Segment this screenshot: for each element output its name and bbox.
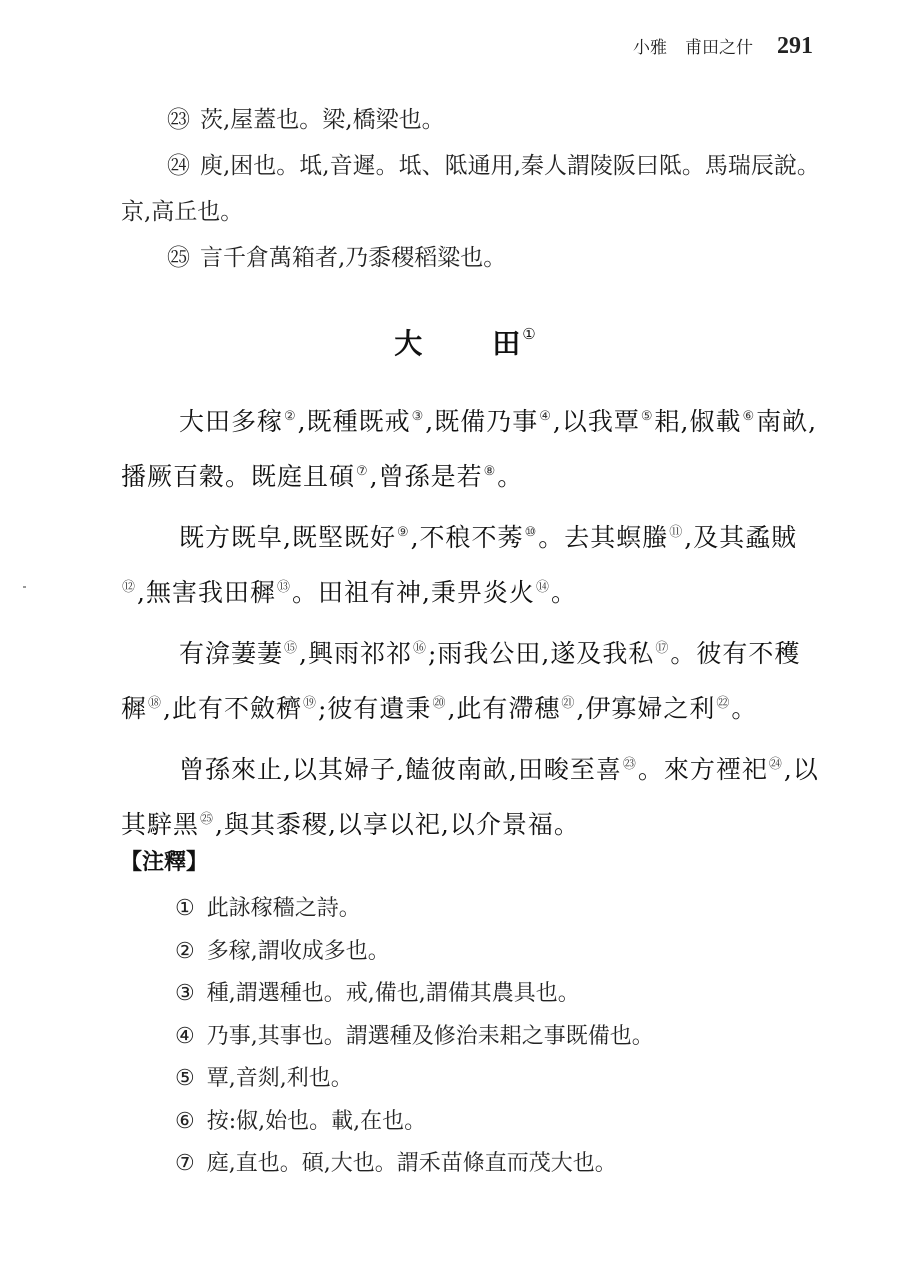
poem-title-char-1: 大 bbox=[394, 327, 422, 360]
scan-speck bbox=[23, 586, 26, 588]
running-header: 小雅 甫田之什 291 bbox=[633, 33, 813, 60]
verse-text: 大田多稼 bbox=[179, 407, 283, 436]
poem-body: 大田多稼②,既種既戒③,既備乃事④,以我覃⑤耜,俶載⑥南畝,播厥百穀。既庭且碩⑦… bbox=[121, 392, 821, 856]
annotations-list: ①此詠稼穡之詩。 ②多稼,謂收成多也。 ③種,謂選種也。戒,備也,謂備其農具也。… bbox=[175, 888, 835, 1186]
annotation-number: ⑦ bbox=[175, 1151, 195, 1176]
footnote-marker: ⑱ bbox=[148, 696, 162, 711]
annotation-text: 此詠稼穡之詩。 bbox=[207, 896, 361, 921]
annotation-text: 庭,直也。碩,大也。謂禾苗條直而茂大也。 bbox=[207, 1151, 617, 1176]
section-title: 小雅 bbox=[633, 33, 667, 58]
footnote-marker: ⑧ bbox=[484, 464, 497, 479]
footnote-marker: ③ bbox=[412, 409, 425, 424]
footnote-marker: ㉓ bbox=[623, 757, 637, 772]
note-text: 庾,困也。坻,音遲。坻、阺通用,秦人謂陵阪曰阺。馬瑞辰說。京,高丘也。 bbox=[121, 153, 820, 225]
verse-text: 。 bbox=[497, 462, 523, 491]
annotation-item: ⑥按:俶,始也。載,在也。 bbox=[175, 1101, 835, 1144]
footnote-marker: ⑳ bbox=[432, 696, 446, 711]
footnote-marker: ② bbox=[284, 409, 297, 424]
footnote-marker: ㉔ bbox=[769, 757, 783, 772]
footnote-marker: ⑨ bbox=[397, 525, 410, 540]
poem-title: 大田① bbox=[0, 322, 900, 362]
verse-text: 既方既皁,既堅既好 bbox=[179, 523, 396, 552]
footnote-marker: ⑪ bbox=[669, 525, 683, 540]
page-number: 291 bbox=[777, 33, 813, 60]
annotation-text: 多稼,謂收成多也。 bbox=[207, 939, 390, 964]
verse-text: 有渰萋萋 bbox=[179, 639, 283, 668]
footnote-marker: ⑤ bbox=[641, 409, 654, 424]
verse-text: ,曾孫是若 bbox=[370, 462, 483, 491]
verse-text: ,此有不斂穧 bbox=[163, 694, 302, 723]
footnote-marker: ⑯ bbox=[413, 641, 427, 656]
annotation-item: ④乃事,其事也。謂選種及修治耒耜之事既備也。 bbox=[175, 1016, 835, 1059]
footnote-marker: ⑥ bbox=[742, 409, 755, 424]
verse-text: ,無害我田穉 bbox=[137, 578, 276, 607]
book-page: 小雅 甫田之什 291 ㉓茨,屋蓋也。梁,橋梁也。 ㉔庾,困也。坻,音遲。坻、阺… bbox=[0, 0, 900, 1284]
verse-text: ,既備乃事 bbox=[425, 407, 538, 436]
verse-text: ,以我覃 bbox=[553, 407, 640, 436]
footnote-marker: ④ bbox=[539, 409, 552, 424]
continued-notes: ㉓茨,屋蓋也。梁,橋梁也。 ㉔庾,困也。坻,音遲。坻、阺通用,秦人謂陵阪曰阺。馬… bbox=[121, 97, 821, 281]
stanza: 曾孫來止,以其婦子,饁彼南畝,田畯至喜㉓。來方禋祀㉔,以其騂黑㉕,與其黍稷,以享… bbox=[121, 740, 821, 850]
note-text: 茨,屋蓋也。梁,橋梁也。 bbox=[200, 107, 445, 133]
annotation-item: ②多稼,謂收成多也。 bbox=[175, 931, 835, 974]
footnote-marker: ⑭ bbox=[536, 580, 550, 595]
verse-text: 耜,俶載 bbox=[655, 407, 742, 436]
annotation-number: ① bbox=[175, 896, 195, 921]
stanza: 大田多稼②,既種既戒③,既備乃事④,以我覃⑤耜,俶載⑥南畝,播厥百穀。既庭且碩⑦… bbox=[121, 392, 821, 502]
footnote-marker: ㉕ bbox=[200, 812, 214, 827]
annotation-text: 覃,音剡,利也。 bbox=[207, 1066, 353, 1091]
note-text: 言千倉萬箱者,乃黍稷稻粱也。 bbox=[200, 245, 506, 271]
annotation-number: ③ bbox=[175, 981, 195, 1006]
footnote-marker: ⑫ bbox=[122, 580, 136, 595]
stanza: 既方既皁,既堅既好⑨,不稂不莠⑩。去其螟螣⑪,及其蟊賊⑫,無害我田穉⑬。田祖有神… bbox=[121, 508, 821, 618]
verse-text: ,不稂不莠 bbox=[411, 523, 524, 552]
annotation-number: ② bbox=[175, 939, 195, 964]
footnote-marker: ㉒ bbox=[716, 696, 730, 711]
verse-text: 。 bbox=[731, 694, 757, 723]
note-item: ㉓茨,屋蓋也。梁,橋梁也。 bbox=[121, 97, 821, 143]
annotation-number: ⑤ bbox=[175, 1066, 195, 1091]
annotation-item: ⑤覃,音剡,利也。 bbox=[175, 1058, 835, 1101]
annotation-item: ⑦庭,直也。碩,大也。謂禾苗條直而茂大也。 bbox=[175, 1143, 835, 1186]
stanza: 有渰萋萋⑮,興雨祁祁⑯;雨我公田,遂及我私⑰。彼有不穫穉⑱,此有不斂穧⑲;彼有遺… bbox=[121, 624, 821, 734]
note-item: ㉕言千倉萬箱者,乃黍稷稻粱也。 bbox=[121, 235, 821, 281]
verse-text: 。去其螟螣 bbox=[538, 523, 668, 552]
annotation-number: ⑥ bbox=[175, 1109, 195, 1134]
footnote-marker: ⑮ bbox=[284, 641, 298, 656]
verse-text: ,既種既戒 bbox=[298, 407, 411, 436]
footnote-marker: ⑰ bbox=[655, 641, 669, 656]
verse-text: ,及其蟊賊 bbox=[684, 523, 797, 552]
footnote-marker: ⑬ bbox=[277, 580, 291, 595]
note-number: ㉓ bbox=[167, 107, 190, 133]
verse-text: 曾孫來止,以其婦子,饁彼南畝,田畯至喜 bbox=[179, 755, 622, 784]
verse-text: 。田祖有神,秉畀炎火 bbox=[292, 578, 535, 607]
verse-text: ,此有滯穗 bbox=[447, 694, 560, 723]
note-item: ㉔庾,困也。坻,音遲。坻、阺通用,秦人謂陵阪曰阺。馬瑞辰說。京,高丘也。 bbox=[121, 143, 821, 235]
verse-text: 。來方禋祀 bbox=[638, 755, 768, 784]
verse-text: ;彼有遺秉 bbox=[318, 694, 431, 723]
footnote-marker: ① bbox=[522, 325, 535, 343]
annotation-text: 乃事,其事也。謂選種及修治耒耜之事既備也。 bbox=[207, 1024, 654, 1049]
verse-text: ,興雨祁祁 bbox=[299, 639, 412, 668]
verse-text: ;雨我公田,遂及我私 bbox=[428, 639, 654, 668]
poem-title-char-2: 田 bbox=[492, 327, 520, 360]
annotation-text: 按:俶,始也。載,在也。 bbox=[207, 1109, 426, 1134]
footnote-marker: ⑲ bbox=[303, 696, 317, 711]
annotation-number: ④ bbox=[175, 1024, 195, 1049]
annotation-item: ①此詠稼穡之詩。 bbox=[175, 888, 835, 931]
note-number: ㉔ bbox=[167, 153, 190, 179]
annotation-item: ③種,謂選種也。戒,備也,謂備其農具也。 bbox=[175, 973, 835, 1016]
verse-text: ,與其黍稷,以享以祀,以介景福。 bbox=[215, 810, 580, 839]
verse-text: 。 bbox=[551, 578, 577, 607]
footnote-marker: ⑦ bbox=[356, 464, 369, 479]
chapter-title: 甫田之什 bbox=[685, 33, 753, 58]
footnote-marker: ㉑ bbox=[561, 696, 575, 711]
annotations-heading: 【注釋】 bbox=[120, 845, 208, 876]
verse-text: ,伊寡婦之利 bbox=[576, 694, 715, 723]
annotation-text: 種,謂選種也。戒,備也,謂備其農具也。 bbox=[207, 981, 580, 1006]
footnote-marker: ⑩ bbox=[525, 525, 538, 540]
note-number: ㉕ bbox=[167, 245, 190, 271]
